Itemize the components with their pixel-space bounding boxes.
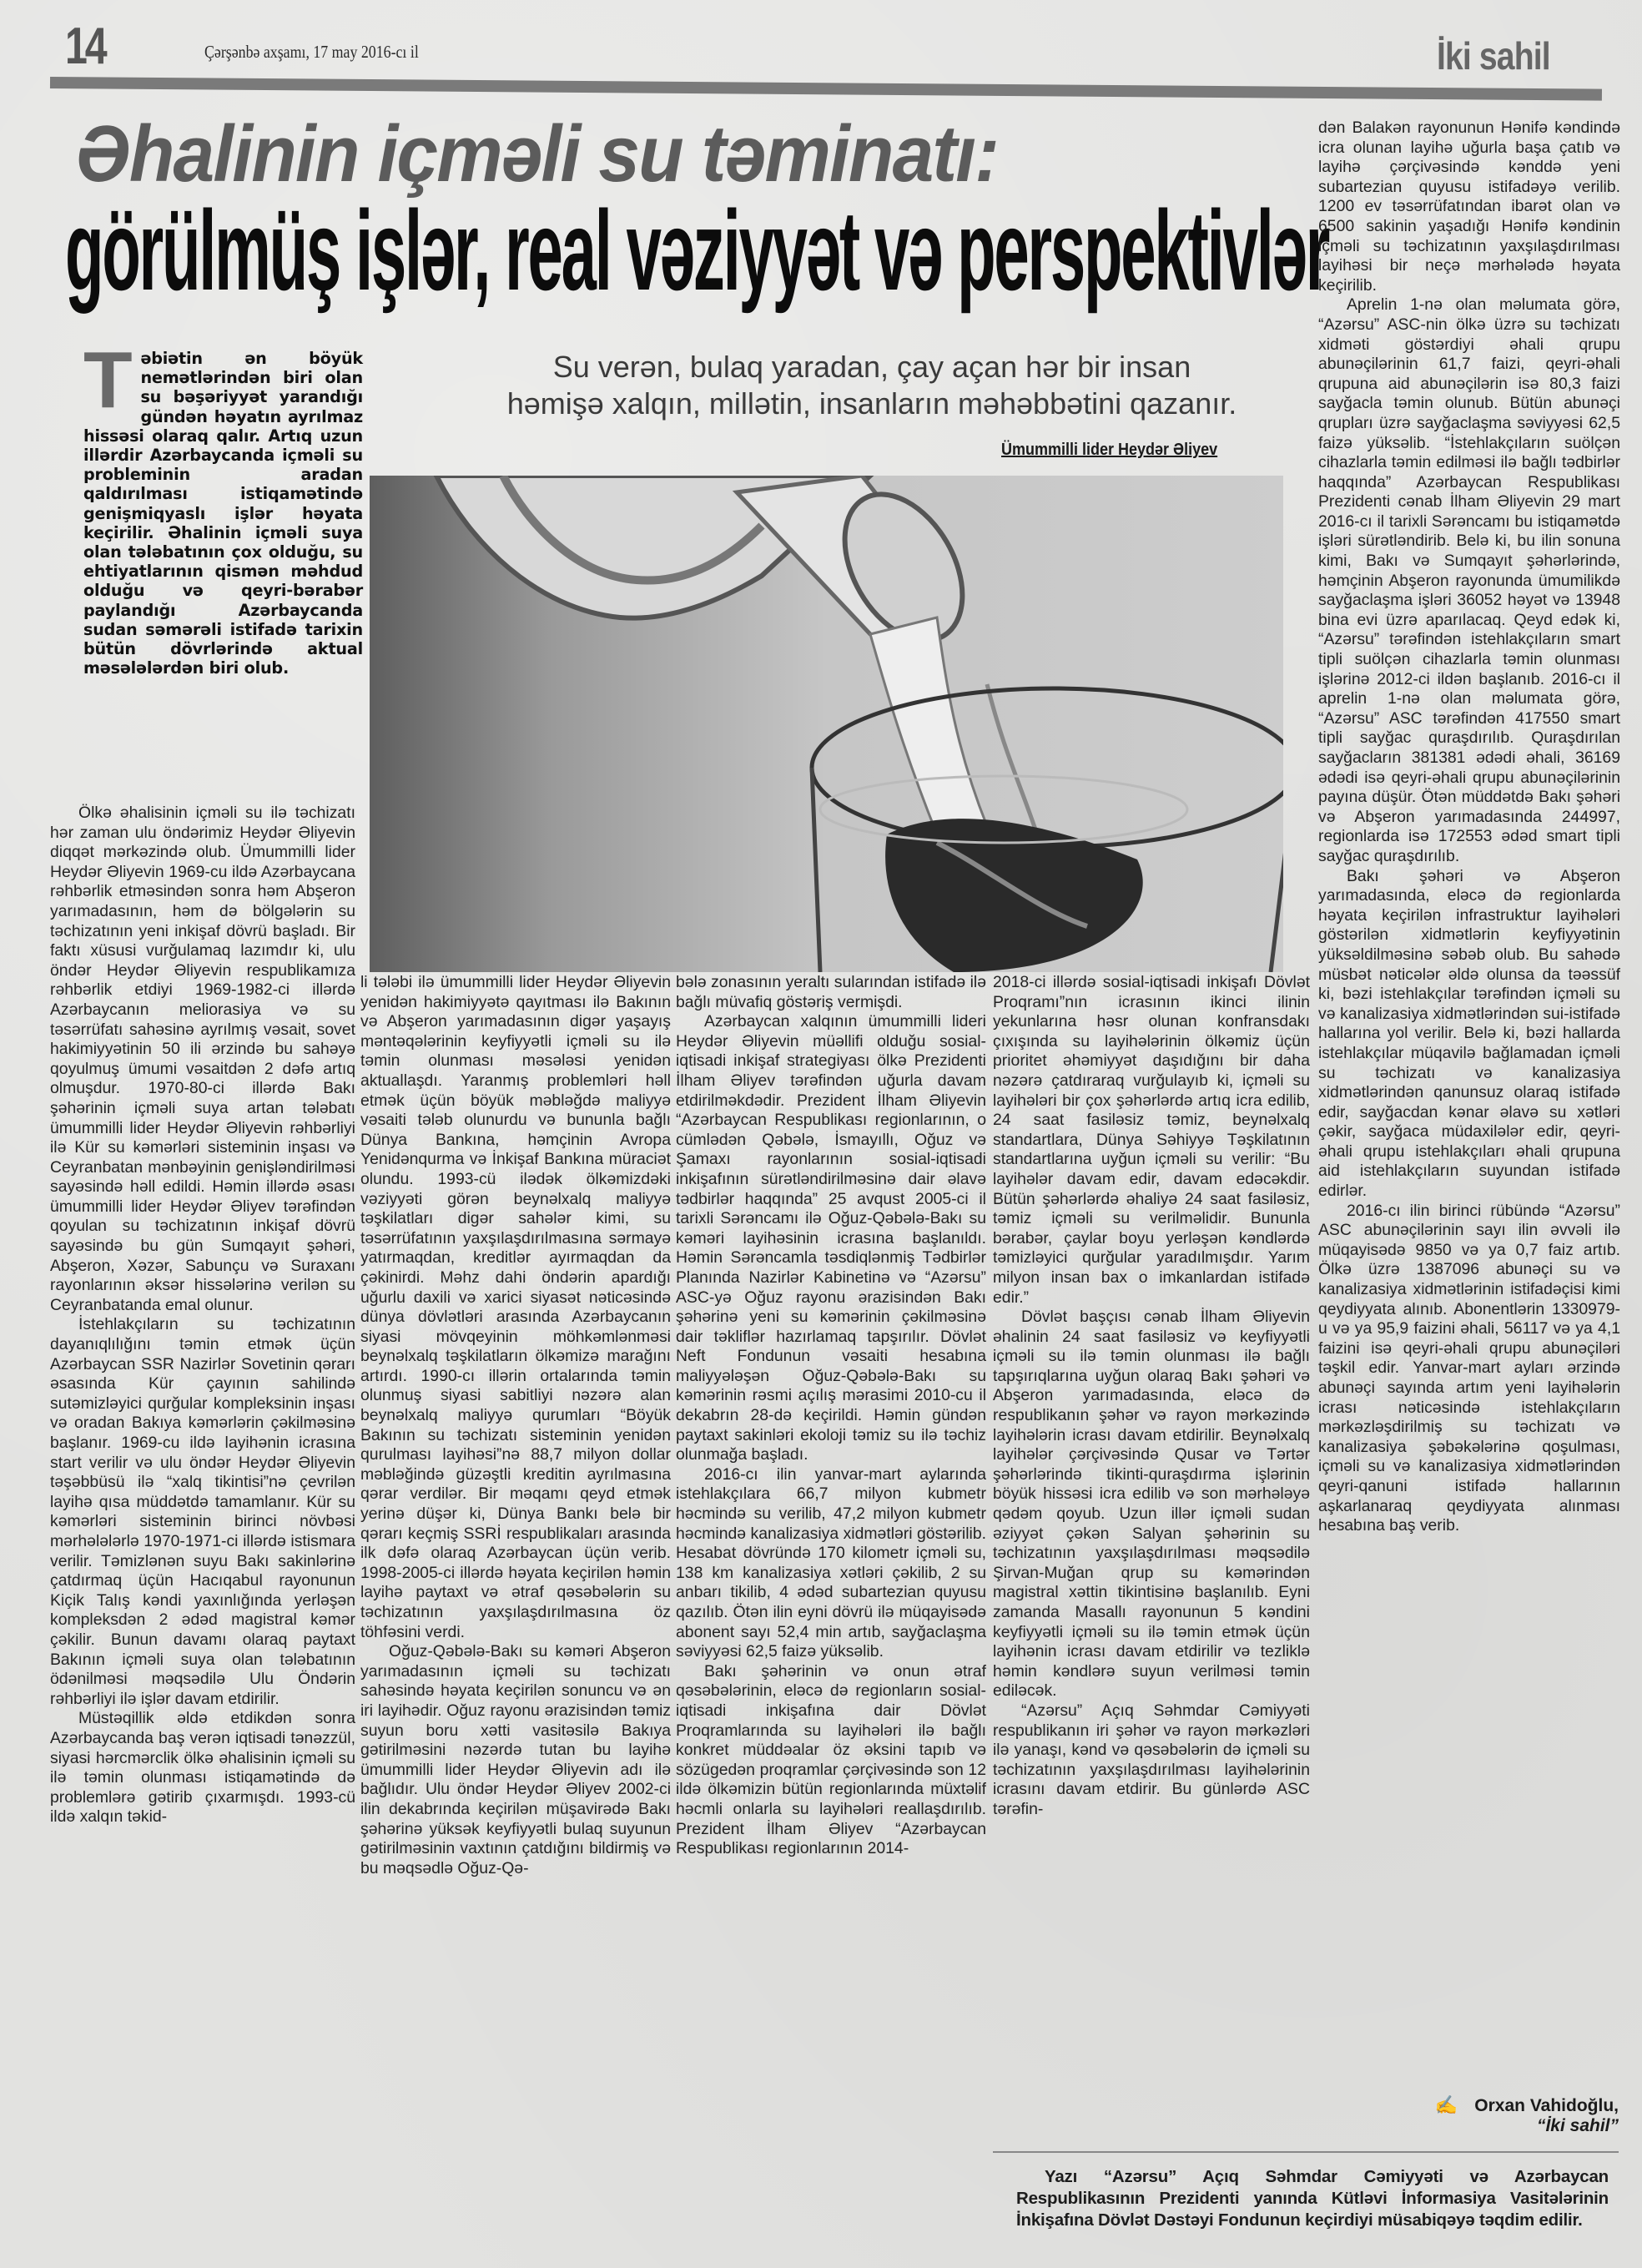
author-name: Orxan Vahidoğlu, (1474, 2096, 1619, 2115)
lede-paragraph: Təbiətin ən böyük nemətlərindən biri ola… (83, 349, 363, 678)
paragraph: Ölkə əhalisinin içməli su ilə təchizatı … (50, 804, 355, 1315)
epigraph-line: Su verən, bulaq yaradan, çay açan hər bi… (455, 349, 1289, 386)
water-pouring-photo (370, 476, 1283, 972)
paragraph: bələ zonasının yeraltı sularından istifa… (676, 973, 986, 1012)
paragraph: li tələbi ilə ümummilli lider Heydər Əli… (360, 973, 671, 1642)
header-rule (50, 77, 1602, 101)
footer-rule (993, 2151, 1619, 2153)
paragraph: 2016-cı ilin yanvar-mart aylarında isteh… (676, 1465, 986, 1662)
paragraph: Azərbaycan xalqının ümummilli lideri Hey… (676, 1012, 986, 1465)
paragraph: 2018-ci illərdə sosial-iqtisadi inkişafı… (993, 973, 1310, 1308)
article-column-5: dən Balakən rayonunun Hənifə kəndində ic… (1318, 118, 1620, 1837)
pen-icon: ✍ (1435, 2094, 1458, 2116)
epigraph-line: həmişə xalqın, millətin, insanların məhə… (455, 386, 1289, 422)
bottle-glass-icon (370, 476, 1283, 972)
article-column-4: 2018-ci illərdə sosial-iqtisadi inkişafı… (993, 973, 1310, 2158)
issue-date: Çərşənbə axşamı, 17 may 2016-cı il (204, 42, 419, 63)
paragraph: Bakı şəhərinin və onun ətraf qəsəbələrin… (676, 1662, 986, 1859)
contest-footnote: Yazı “Azərsu” Açıq Səhmdar Cəmiyyəti və … (1016, 2166, 1609, 2231)
paragraph: dən Balakən rayonunun Hənifə kəndində ic… (1318, 118, 1620, 295)
paragraph: 2016-cı ilin birinci rübündə “Azərsu” AS… (1318, 1202, 1620, 1536)
byline: ✍Orxan Vahidoğlu, “İki sahil” (1352, 2094, 1619, 2136)
drop-cap: T (83, 350, 132, 409)
paragraph: Müstəqillik əldə etdikdən sonra Azərbayc… (50, 1709, 355, 1827)
article-column-2: li tələbi ilə ümummilli lider Heydər Əli… (360, 973, 671, 2268)
article-column-3: bələ zonasının yeraltı sularından istifa… (676, 973, 986, 2268)
author-paper: “İki sahil” (1352, 2116, 1619, 2136)
paper-name: İki sahil (1437, 33, 1550, 78)
paragraph: “Azərsu” Açıq Səhmdar Cəmiyyəti respubli… (993, 1701, 1310, 1820)
paragraph: İstehlakçıların su təchizatının dayanıql… (50, 1315, 355, 1709)
paragraph: Bakı şəhəri və Abşeron yarımadasında, el… (1318, 867, 1620, 1202)
article-column-1: Ölkə əhalisinin içməli su ilə təchizatı … (50, 804, 355, 2268)
epigraph-author: Ümummilli lider Heydər Əliyev (1001, 441, 1217, 460)
page-number: 14 (65, 17, 105, 76)
paragraph: Aprelin 1-nə olan məlumata görə, “Azərsu… (1318, 295, 1620, 866)
paragraph: Oğuz-Qəbələ-Bakı su kəməri Abşeron yarım… (360, 1642, 671, 1878)
epigraph: Su verən, bulaq yaradan, çay açan hər bi… (455, 349, 1289, 422)
headline-line-2: görülmüş işlər, real vəziyyət və perspek… (65, 194, 1328, 307)
paragraph: Dövlət başçısı cənab İlham Əliyevin əhal… (993, 1308, 1310, 1701)
newspaper-page: 14 Çərşənbə axşamı, 17 may 2016-cı il İk… (0, 0, 1642, 2268)
